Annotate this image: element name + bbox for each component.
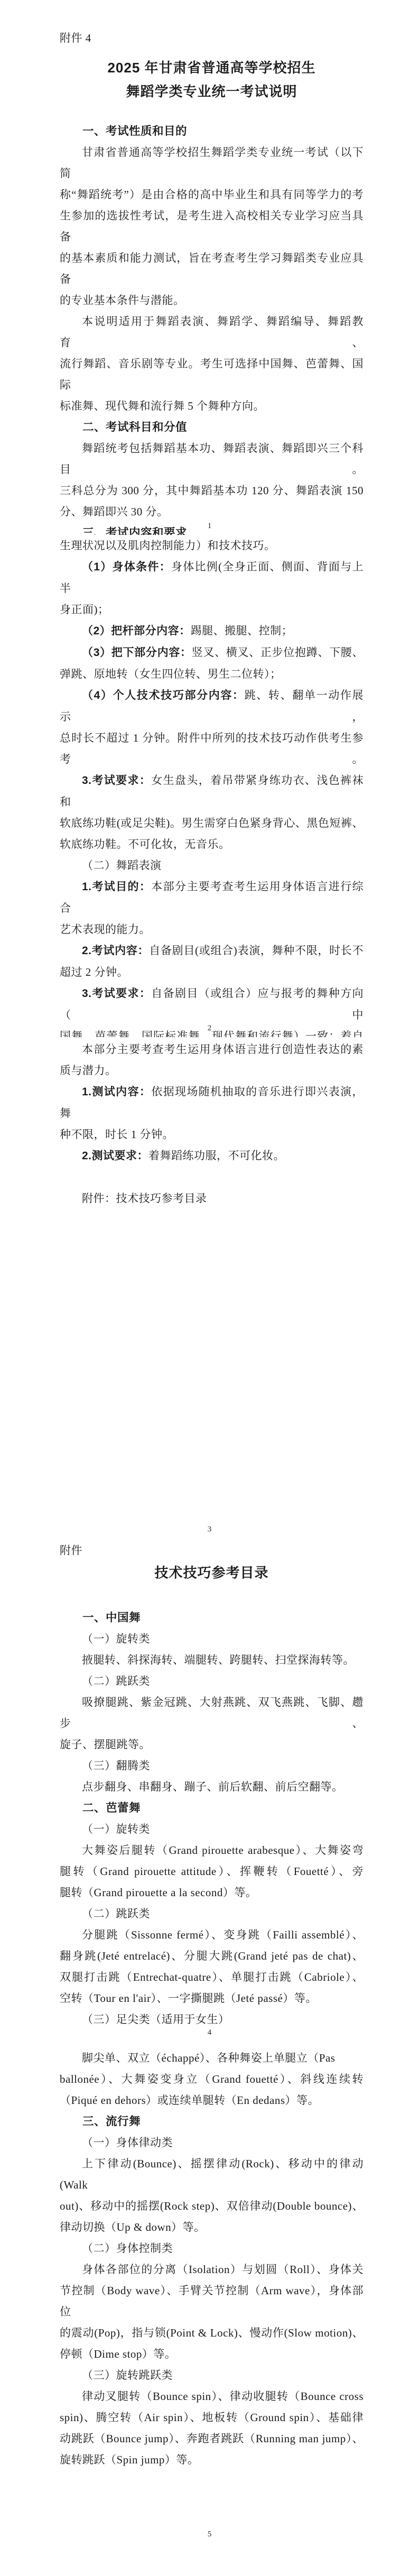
subsection-heading: （三）旋转跳跃类 <box>60 2365 364 2386</box>
text-line: 2.考试内容：自备剧目(或组合)表演，舞种不限，时长不 <box>60 940 364 962</box>
text-line: 种不限，时长 1 分钟。 <box>60 1124 364 1145</box>
subsection-heading: （一）旋转类 <box>60 1818 364 1840</box>
text-line: 本说明适用于舞蹈表演、舞蹈学、舞蹈编导、舞蹈教育、 <box>60 311 364 353</box>
document-scan: 附件 42025 年甘肃省普通高等学校招生舞蹈学类专业统一考试说明一、考试性质和… <box>0 0 419 2576</box>
appendix-title: 技术技巧参考目录 <box>60 1561 364 1585</box>
text-line: 点步翻身、串翻身、蹦子、前后软翻、前后空翻等。 <box>60 1776 364 1797</box>
spacer <box>60 104 364 121</box>
text-line: 3.考试要求：自备剧目（或组合）应与报考的舞种方向（中 <box>60 983 364 1026</box>
page-5: 脚尖单、双立（échappé）、各种舞姿上单腿立（Pasballonée）、大舞… <box>0 2042 419 2576</box>
text-line: 吸撩腿跳、紫金冠跳、大射燕跳、双飞燕跳、飞脚、趱步、 <box>60 1692 364 1734</box>
page-number: 3 <box>0 1525 419 1534</box>
text-line: 腿转（Grand pirouette a la second）等。 <box>60 1882 364 1903</box>
text-line: 软底练功鞋。不可化妆，无音乐。 <box>60 834 364 855</box>
text-line: 动跳跃（Bounce jump）、奔跑者跳跃（Running man jump）… <box>60 2428 364 2449</box>
text-line: 节控制（Body wave）、手臂关节控制（Arm wave），身体部位 <box>60 2280 364 2322</box>
text-line: 大舞姿后腿转（Grand pirouette arabesque）、大舞姿弯 <box>60 1840 364 1861</box>
text-line: 称“舞蹈统考”）是由合格的高中毕业生和具有同等学力的考 <box>60 184 364 205</box>
page-number: 1 <box>0 522 419 531</box>
section-heading: 一、考试性质和目的 <box>60 121 364 142</box>
subsection-heading: （二）身体控制类 <box>60 2238 364 2259</box>
text-line: 本部分主要考查考生运用身体语言进行创造性表达的素 <box>60 1039 364 1060</box>
page-4: 附件技术技巧参考目录一、中国舞（一）旋转类掖腿转、斜探海转、端腿转、跨腿转、扫堂… <box>0 1538 419 2042</box>
page-4-content: 附件技术技巧参考目录一、中国舞（一）旋转类掖腿转、斜探海转、端腿转、跨腿转、扫堂… <box>0 1538 419 2030</box>
text-line: 艺术表现的能力。 <box>60 919 364 940</box>
section-heading: 二、芭蕾舞 <box>60 1797 364 1818</box>
text-line: 律动切换（Up & down）等。 <box>60 2217 364 2238</box>
subsection-heading: （三）足尖类（适用于女生） <box>60 2009 364 2030</box>
text-line: spin)、腾空转（Air spin）、地板转（Ground spin）、基础律 <box>60 2407 364 2428</box>
text-line: 分腿跳（Sissonne fermé）、变身跳（Failli assemblé）… <box>60 1924 364 1945</box>
text-line: 甘肃省普通高等学校招生舞蹈学类专业统一考试（以下简 <box>60 142 364 184</box>
text-line: （4）个人技术技巧部分内容：跳、转、翻单一动作展示， <box>60 685 364 727</box>
subsection-heading: （一）旋转类 <box>60 1628 364 1649</box>
subsection-heading: （二）跳跃类 <box>60 1670 364 1692</box>
text-line: 超过 2 分钟。 <box>60 962 364 983</box>
text-line: 生参加的选拔性考试，是考生进入高校相关专业学习应当具备 <box>60 205 364 247</box>
text-line: 翻身跳(Jeté entrelacé)、分腿大跳(Grand jeté pas … <box>60 1945 364 1966</box>
spacer <box>60 1585 364 1607</box>
text-line: 身正面)； <box>60 599 364 620</box>
text-line: 掖腿转、斜探海转、端腿转、跨腿转、扫堂探海转等。 <box>60 1649 364 1670</box>
text-line: 总时长不超过 1 分钟。附件中所列的技术技巧动作供考生参考。 <box>60 727 364 770</box>
subsection-heading: （一）身体律动类 <box>60 2132 364 2153</box>
text-line: 的专业基本条件与潜能。 <box>60 290 364 311</box>
spacer <box>60 1167 364 1188</box>
text-line: 的基本素质和能力测试，旨在考查考生学习舞蹈类专业应具备 <box>60 247 364 290</box>
text-line: 上下律动(Bounce)、摇摆律动(Rock)、移动中的律动(Walk <box>60 2153 364 2195</box>
text-line: 2.测试要求：着舞蹈练功服，不可化妆。 <box>60 1145 364 1167</box>
text-line: 旋子、摆腿跳等。 <box>60 1734 364 1755</box>
page-5-content: 脚尖单、双立（échappé）、各种舞姿上单腿立（Pasballonée）、大舞… <box>0 2042 419 2470</box>
page-1-content: 附件 42025 年甘肃省普通高等学校招生舞蹈学类专业统一考试说明一、考试性质和… <box>0 0 419 535</box>
text-line: 分、舞蹈即兴 30 分。 <box>60 501 364 522</box>
text-line: out)、移动中的摇摆(Rock step)、双倍律动(Double bounc… <box>60 2195 364 2217</box>
page-2-content: 生理状况以及肌肉控制能力）和技术技巧。（1）身体条件：身体比例(全身正面、侧面、… <box>0 535 419 1037</box>
text-line: （3）把下部分内容：竖叉、横叉、正步位抱蹲、下腰、 <box>60 642 364 663</box>
text-line: 身体各部位的分离（Isolation）与划圆（Roll）、身体关 <box>60 2259 364 2280</box>
section-heading: 三、流行舞 <box>60 2111 364 2132</box>
page-number: 5 <box>0 2530 419 2539</box>
subsection-heading: （二）舞蹈表演 <box>60 855 364 876</box>
text-line: 双腿打击跳（Entrechat-quatre）、单腿打击跳（Cabriole）、 <box>60 1966 364 1988</box>
text-line: 3.考试要求：女生盘头，着吊带紧身练功衣、浅色裤袜和 <box>60 770 364 812</box>
page-3: 本部分主要考查考生运用身体语言进行创造性表达的素质与潜力。1.测试内容：依据现场… <box>0 1037 419 1538</box>
attachment-label: 附件 4 <box>60 27 364 49</box>
text-line: 舞蹈统考包括舞蹈基本功、舞蹈表演、舞蹈即兴三个科目。 <box>60 438 364 480</box>
text-line: 三科总分为 300 分，其中舞蹈基本功 120 分、舞蹈表演 150 <box>60 480 364 501</box>
page-2: 生理状况以及肌肉控制能力）和技术技巧。（1）身体条件：身体比例(全身正面、侧面、… <box>0 535 419 1037</box>
text-line: 的震动(Pop)，指与锁(Point & Lock)、慢动作(Slow moti… <box>60 2322 364 2343</box>
text-line: 1.测试内容：依据现场随机抽取的音乐进行即兴表演，舞 <box>60 1081 364 1124</box>
doc-title-line2: 舞蹈学类专业统一考试说明 <box>60 80 364 104</box>
text-line: 停顿（Dime stop）等。 <box>60 2343 364 2365</box>
text-line: 旋转跳跃（Spin jump）等。 <box>60 2449 364 2470</box>
subsection-heading: （二）跳跃类 <box>60 1903 364 1924</box>
text-line: ballonée）、大舞姿变身立（Grand fouetté）、斜线连续转 <box>60 2069 364 2090</box>
text-line: （Piqué en dehors）或连续单腿转（En dedans）等。 <box>60 2090 364 2111</box>
page-1: 附件 42025 年甘肃省普通高等学校招生舞蹈学类专业统一考试说明一、考试性质和… <box>0 0 419 535</box>
text-line: 律动叉腿转（Bounce spin）、律动收腿转（Bounce cross <box>60 2386 364 2407</box>
text-line: 腿转（Grand pirouette attitude）、挥鞭转（Fouetté… <box>60 1861 364 1882</box>
page-3-content: 本部分主要考查考生运用身体语言进行创造性表达的素质与潜力。1.测试内容：依据现场… <box>0 1037 419 1209</box>
section-heading: 二、考试科目和分值 <box>60 417 364 438</box>
spacer <box>60 49 364 56</box>
subsection-heading: （三）翻腾类 <box>60 1755 364 1776</box>
text-line: 软底练功鞋(或足尖鞋)。男生需穿白色紧身背心、黑色短裤、 <box>60 812 364 834</box>
text-line: 生理状况以及肌肉控制能力）和技术技巧。 <box>60 535 364 556</box>
text-line: （1）身体条件：身体比例(全身正面、侧面、背面与上半 <box>60 556 364 599</box>
page-number: 2 <box>0 1024 419 1033</box>
text-line: 弹跳、原地转（女生四位转、男生二位转）； <box>60 663 364 685</box>
text-line: 脚尖单、双立（échappé）、各种舞姿上单腿立（Pas <box>60 2047 364 2069</box>
section-heading: 一、中国舞 <box>60 1607 364 1628</box>
text-line: 1.考试目的：本部分主要考查考生运用身体语言进行综合 <box>60 876 364 919</box>
text-line: 空转（Tour en l'air）、一字撕腿跳（Jeté passé）等。 <box>60 1988 364 2009</box>
text-line: （2）把杆部分内容：踢腿、搬腿、控制； <box>60 620 364 642</box>
text-line: 附件：技术技巧参考目录 <box>60 1188 364 1209</box>
doc-title-line1: 2025 年甘肃省普通高等学校招生 <box>60 56 364 80</box>
page-number: 4 <box>0 2028 419 2037</box>
text-line: 标准舞、现代舞和流行舞 5 个舞种方向。 <box>60 395 364 417</box>
text-line: 流行舞蹈、音乐剧等专业。考生可选择中国舞、芭蕾舞、国际 <box>60 353 364 395</box>
text-line: 质与潜力。 <box>60 1060 364 1081</box>
attachment-label: 附件 <box>60 1540 364 1561</box>
